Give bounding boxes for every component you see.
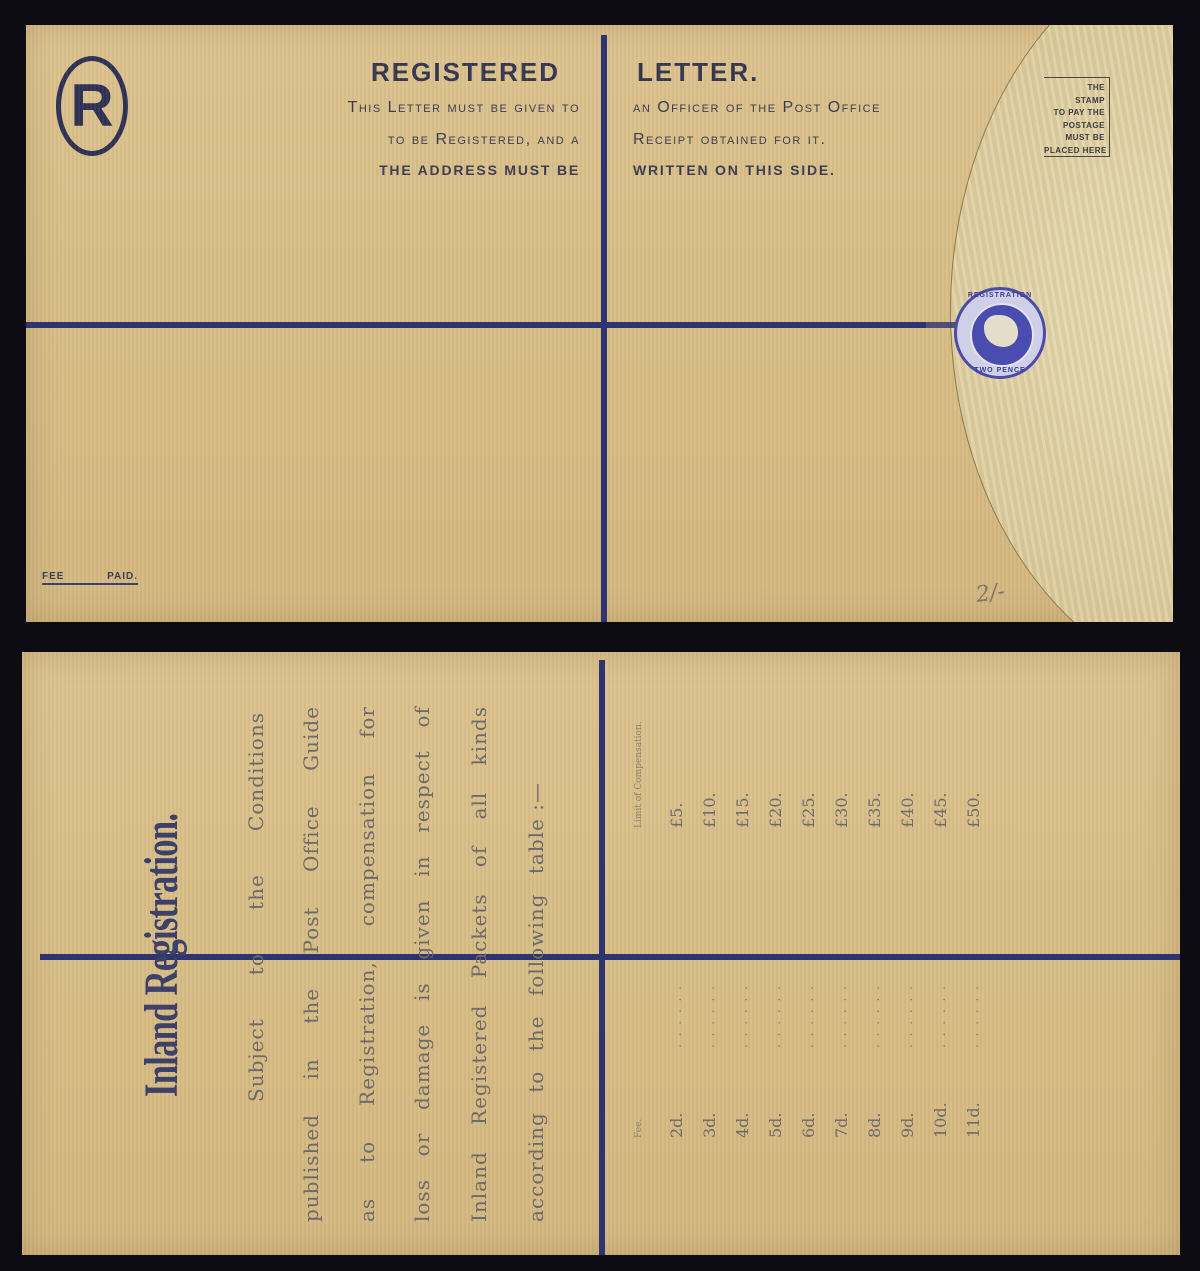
table-row: 8d.. . . . . .£35. xyxy=(865,758,884,1138)
instruction-left-2: to be Registered, and a xyxy=(388,131,580,149)
paragraph-line-2: publishedinthePostOfficeGuide xyxy=(299,706,323,1222)
table-row: 11d.. . . . . .£50. xyxy=(964,758,983,1138)
fee-paid-line: FEE PAID. xyxy=(42,571,138,585)
table-row: 3d.. . . . . .£10. xyxy=(700,758,719,1138)
paragraph-line-4: lossordamageisgiveninrespectof xyxy=(410,706,434,1222)
horizontal-blue-rule xyxy=(26,322,926,328)
instruction-left-1: This Letter must be given to xyxy=(348,99,580,117)
paragraph-line-3: astoRegistration,compensationfor xyxy=(355,706,379,1222)
table-row: 9d.. . . . . .£40. xyxy=(898,758,917,1138)
table-row: 7d.. . . . . .£30. xyxy=(832,758,851,1138)
vertical-blue-rule xyxy=(601,35,607,622)
paragraph-line-5: InlandRegisteredPacketsofallkinds xyxy=(467,706,491,1222)
envelope-front: R REGISTERED LETTER. This Letter must be… xyxy=(26,25,1173,622)
table-row: 4d.. . . . . .£15. xyxy=(733,758,752,1138)
table-row: 2d.. . . . . .£5. xyxy=(667,758,686,1138)
queen-head-icon xyxy=(970,303,1034,367)
headline-registered: REGISTERED xyxy=(371,57,560,88)
instruction-right-3: WRITTEN ON THIS SIDE. xyxy=(633,162,836,178)
back-title: Inland Registration. xyxy=(134,704,189,1097)
registered-r-icon: R xyxy=(56,56,128,156)
table-header-column: Fee. Limit of Compensation. xyxy=(634,721,644,1138)
table-row: 6d.. . . . . .£25. xyxy=(799,758,818,1138)
instruction-right-1: an Officer of the Post Office xyxy=(633,99,881,117)
instruction-right-2: Receipt obtained for it. xyxy=(633,131,826,149)
table-row: 10d.. . . . . .£45. xyxy=(931,758,950,1138)
paragraph-line-1: SubjecttotheConditions xyxy=(244,712,268,1222)
envelope-back: Inland Registration. SubjecttotheConditi… xyxy=(22,652,1180,1255)
instruction-left-3: THE ADDRESS MUST BE xyxy=(379,162,580,178)
table-row: 5d.. . . . . .£20. xyxy=(766,758,785,1138)
headline-letter: LETTER. xyxy=(637,57,759,88)
stamp-placement-box: THE STAMP TO PAY THE POSTAGE MUST BE PLA… xyxy=(1044,77,1110,157)
horizontal-blue-rule xyxy=(40,954,1180,960)
embossed-registration-stamp-icon: REGISTRATION TWO PENCE xyxy=(954,287,1046,379)
pencil-price-note: 2/- xyxy=(974,579,1006,608)
paragraph-line-6: accordingtothefollowingtable :— xyxy=(524,782,548,1222)
horizontal-blue-rule-end xyxy=(926,322,956,328)
